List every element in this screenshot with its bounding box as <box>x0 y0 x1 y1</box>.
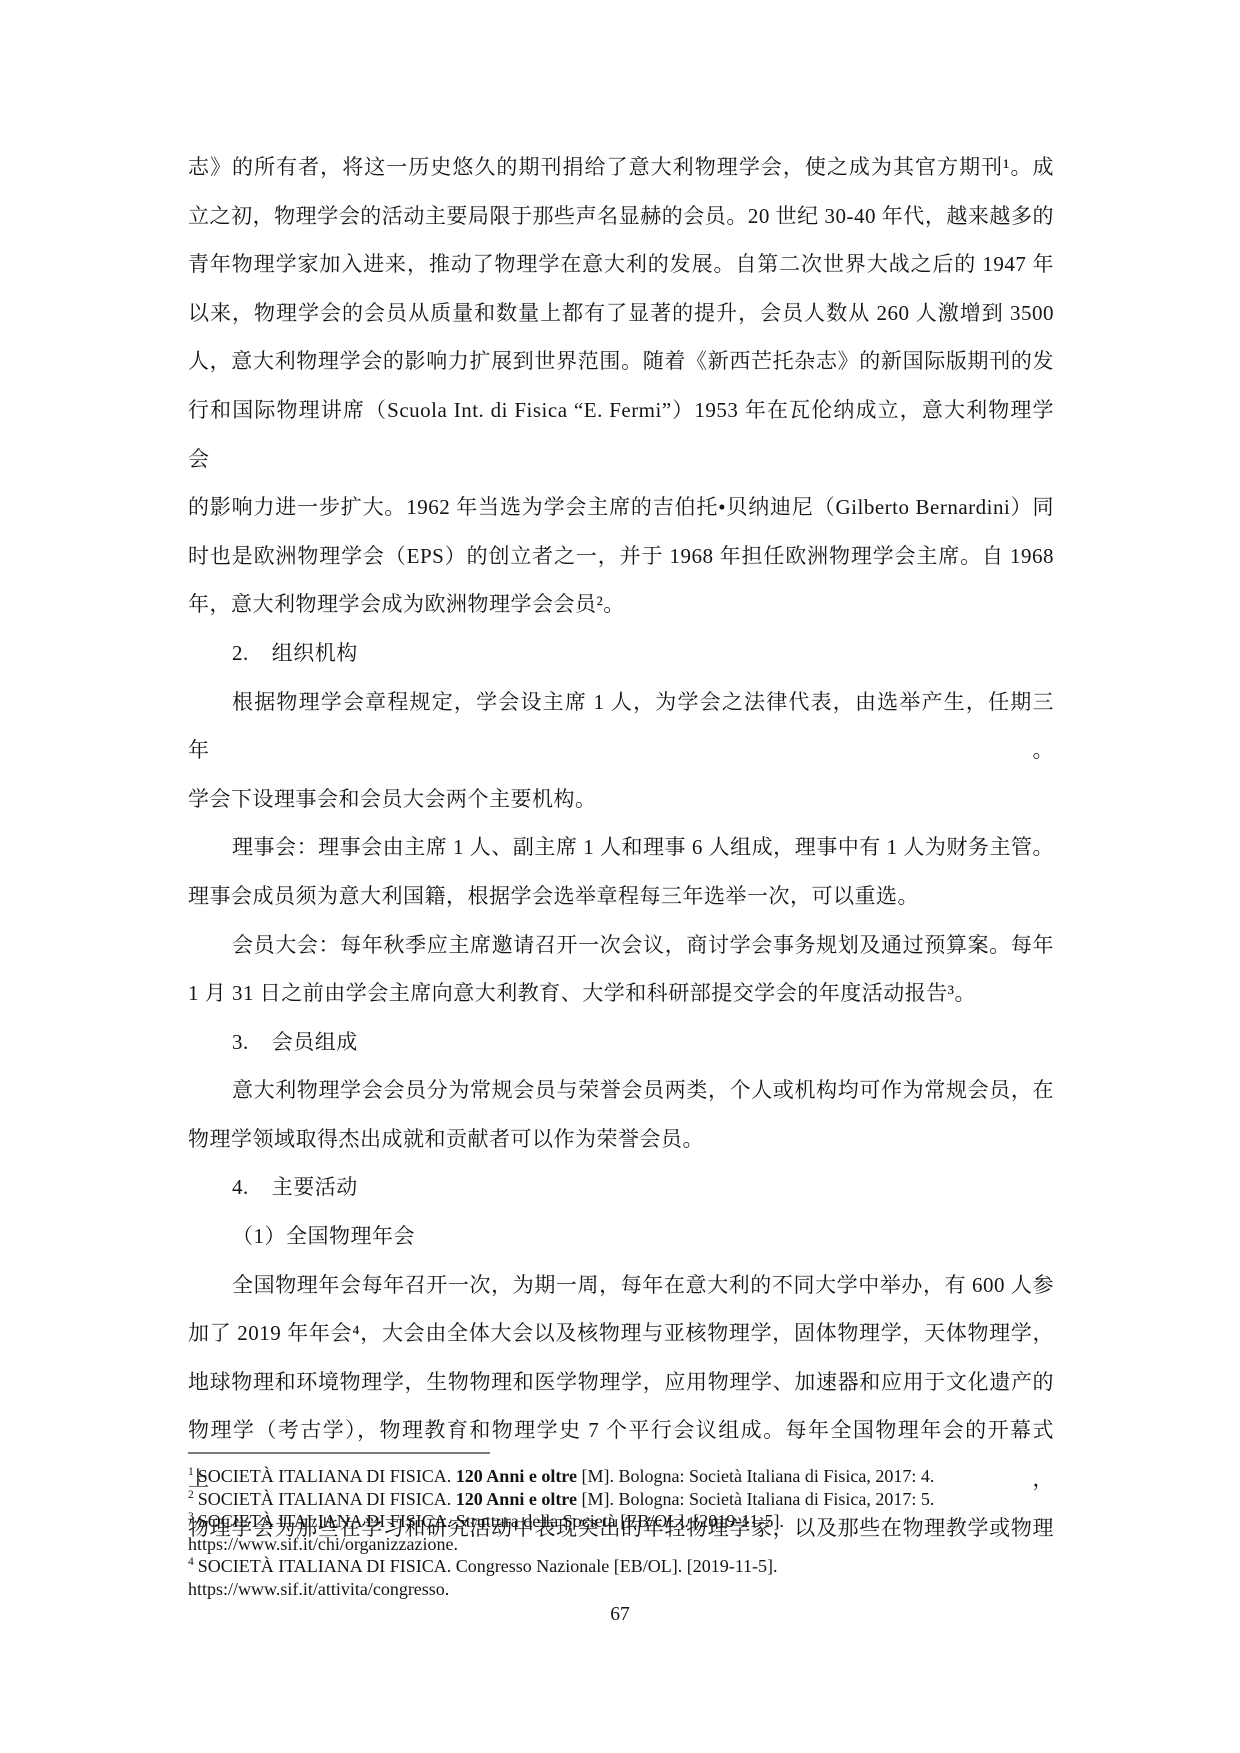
body-line: 志》的所有者，将这一历史悠久的期刊捐给了意大利物理学会，使之成为其官方期刊¹。成 <box>188 143 1054 192</box>
body-line: 3. 会员组成 <box>188 1018 1054 1067</box>
body-line: 加了 2019 年年会⁴，大会由全体大会以及核物理与亚核物理学，固体物理学，天体… <box>188 1309 1054 1358</box>
body-text-block: 志》的所有者，将这一历史悠久的期刊捐给了意大利物理学会，使之成为其官方期刊¹。成… <box>188 143 1054 1552</box>
footnote-separator-rule <box>188 1452 490 1454</box>
footnote: 3SOCIETÀ ITALIANA DI FISICA. Struttura d… <box>188 1510 1054 1533</box>
body-line: 的影响力进一步扩大。1962 年当选为学会主席的吉伯托•贝纳迪尼（Gilbert… <box>188 483 1054 532</box>
body-line: 全国物理年会每年召开一次，为期一周，每年在意大利的不同大学中举办，有 600 人… <box>188 1261 1054 1310</box>
body-line: 以来，物理学会的会员从质量和数量上都有了显著的提升，会员人数从 260 人激增到… <box>188 289 1054 338</box>
body-line: 时也是欧洲物理学会（EPS）的创立者之一，并于 1968 年担任欧洲物理学会主席… <box>188 532 1054 581</box>
body-line: 地球物理和环境物理学，生物物理和医学物理学，应用物理学、加速器和应用于文化遗产的 <box>188 1358 1054 1407</box>
body-line: 1 月 31 日之前由学会主席向意大利教育、大学和科研部提交学会的年度活动报告³… <box>188 969 1054 1018</box>
footnotes-section: 1SOCIETÀ ITALIANA DI FISICA. 120 Anni e … <box>188 1452 1054 1601</box>
footnote-text: [M]. Bologna: Società Italiana di Fisica… <box>577 1466 934 1486</box>
footnote-title-bold: 120 Anni e oltre <box>456 1489 577 1509</box>
body-line: 学会下设理事会和会员大会两个主要机构。 <box>188 775 1054 824</box>
body-line: 意大利物理学会会员分为常规会员与荣誉会员两类，个人或机构均可作为常规会员，在 <box>188 1066 1054 1115</box>
footnote-marker: 3 <box>188 1511 194 1523</box>
footnote-text: SOCIETÀ ITALIANA DI FISICA. Congresso Na… <box>198 1556 778 1576</box>
footnote: 2SOCIETÀ ITALIANA DI FISICA. 120 Anni e … <box>188 1488 1054 1511</box>
page-number: 67 <box>0 1604 1240 1626</box>
body-line: 会员大会：每年秋季应主席邀请召开一次会议，商讨学会事务规划及通过预算案。每年 <box>188 921 1054 970</box>
footnote-text: [M]. Bologna: Società Italiana di Fisica… <box>577 1489 934 1509</box>
footnote-marker: 1 <box>188 1466 194 1478</box>
body-line: 2. 组织机构 <box>188 629 1054 678</box>
document-page: 志》的所有者，将这一历史悠久的期刊捐给了意大利物理学会，使之成为其官方期刊¹。成… <box>0 0 1240 1753</box>
footnote-marker: 4 <box>188 1556 194 1568</box>
body-line: 理事会成员须为意大利国籍，根据学会选举章程每三年选举一次，可以重选。 <box>188 872 1054 921</box>
body-line: 立之初，物理学会的活动主要局限于那些声名显赫的会员。20 世纪 30-40 年代… <box>188 192 1054 241</box>
footnote-text: SOCIETÀ ITALIANA DI FISICA. Struttura de… <box>198 1511 784 1531</box>
footnote: 4SOCIETÀ ITALIANA DI FISICA. Congresso N… <box>188 1555 1054 1578</box>
footnote-text: SOCIETÀ ITALIANA DI FISICA. <box>198 1489 456 1509</box>
body-line: 物理学领域取得杰出成就和贡献者可以作为荣誉会员。 <box>188 1115 1054 1164</box>
body-line: 根据物理学会章程规定，学会设主席 1 人，为学会之法律代表，由选举产生，任期三年… <box>188 678 1054 775</box>
body-line: 人，意大利物理学会的影响力扩展到世界范围。随着《新西芒托杂志》的新国际版期刊的发 <box>188 337 1054 386</box>
footnote: 1SOCIETÀ ITALIANA DI FISICA. 120 Anni e … <box>188 1465 1054 1488</box>
footnote-text: SOCIETÀ ITALIANA DI FISICA. <box>198 1466 456 1486</box>
body-line: 理事会：理事会由主席 1 人、副主席 1 人和理事 6 人组成，理事中有 1 人… <box>188 823 1054 872</box>
footnote-marker: 2 <box>188 1489 194 1501</box>
footnote-url: https://www.sif.it/chi/organizzazione. <box>188 1533 1054 1556</box>
body-line: （1）全国物理年会 <box>188 1212 1054 1261</box>
body-line: 4. 主要活动 <box>188 1163 1054 1212</box>
body-line: 年，意大利物理学会成为欧洲物理学会会员²。 <box>188 580 1054 629</box>
footnote-url: https://www.sif.it/attivita/congresso. <box>188 1578 1054 1601</box>
body-line: 行和国际物理讲席（Scuola Int. di Fisica “E. Fermi… <box>188 386 1054 483</box>
body-line: 青年物理学家加入进来，推动了物理学在意大利的发展。自第二次世界大战之后的 194… <box>188 240 1054 289</box>
footnote-title-bold: 120 Anni e oltre <box>456 1466 577 1486</box>
